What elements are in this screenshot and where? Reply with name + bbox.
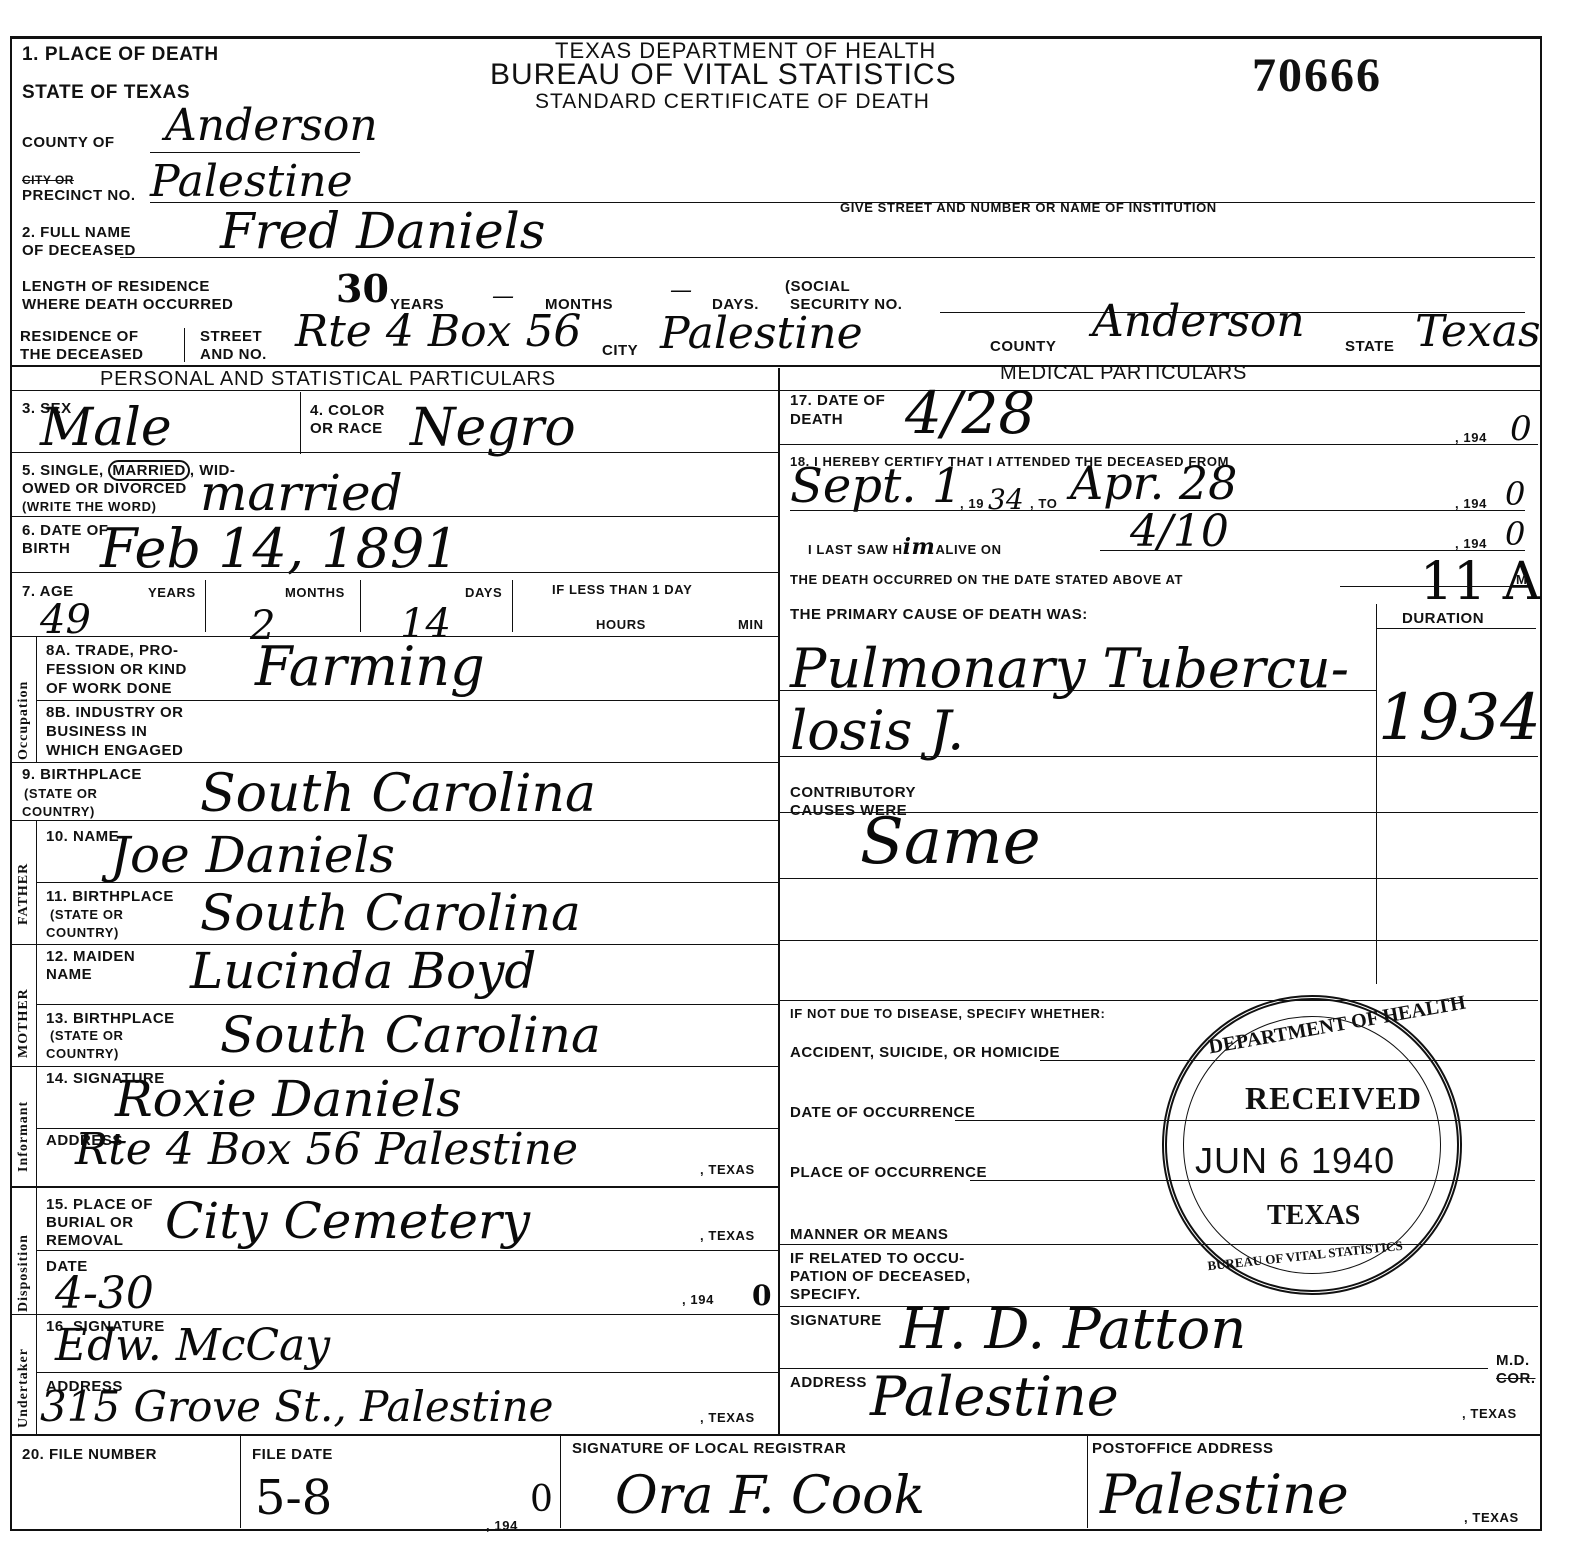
- line-after-death-date: [778, 444, 1538, 445]
- contributory-line-3: [778, 940, 1538, 941]
- precinct-label: PRECINCT NO.: [22, 187, 136, 204]
- to-label: , TO: [1030, 496, 1057, 511]
- birthplace-value: South Carolina: [200, 768, 596, 820]
- registrar-signature-value: Ora F. Cook: [615, 1470, 925, 1522]
- duration-value: 1934: [1378, 686, 1541, 750]
- mother-side-divider: [36, 944, 37, 1068]
- father-birthplace-label-2: (STATE OR: [50, 907, 124, 922]
- file-date-label: FILE DATE: [252, 1446, 333, 1463]
- footer-divider-3: [1087, 1436, 1088, 1528]
- footer-divider-2: [560, 1436, 561, 1528]
- residence-divider: [184, 328, 185, 362]
- physician-texas-label: , TEXAS: [1462, 1406, 1517, 1421]
- race-value: Negro: [410, 402, 576, 454]
- birth-date-value: Feb 14, 1891: [100, 522, 459, 576]
- to-year-digit: 0: [1505, 478, 1525, 510]
- physician-signature-label: SIGNATURE: [790, 1312, 882, 1329]
- hours-label: HOURS: [596, 617, 646, 632]
- postoffice-texas-label: , TEXAS: [1464, 1510, 1519, 1525]
- father-birthplace-value: South Carolina: [200, 888, 581, 938]
- sex-value: Male: [40, 402, 172, 454]
- physician-signature-value: H. D. Patton: [900, 1302, 1246, 1358]
- age-divider-1: [205, 580, 206, 632]
- industry-label-3: WHICH ENGAGED: [46, 742, 183, 759]
- deceased-name-value: Fred Daniels: [220, 206, 545, 256]
- attended-to-value: Apr. 28: [1070, 460, 1237, 506]
- physician-address-label: ADDRESS: [790, 1374, 867, 1391]
- marital-value: married: [200, 468, 403, 518]
- death-year-digit: 0: [1510, 412, 1532, 446]
- informant-side-label: Informant: [16, 1101, 32, 1172]
- ssn-label-1: (SOCIAL: [785, 278, 850, 295]
- city-label: CITY: [602, 342, 638, 359]
- county-value: Anderson: [165, 104, 378, 148]
- cause-line-1: [778, 690, 1376, 691]
- form-title: STANDARD CERTIFICATE OF DEATH: [535, 90, 930, 114]
- received-stamp: DEPARTMENT OF HEALTH RECEIVED JUN 6 1940…: [1162, 995, 1462, 1295]
- residence-street-value: Rte 4 Box 56: [295, 310, 581, 354]
- birth-date-label-1: 6. DATE OF: [22, 522, 108, 539]
- state-label-2: STATE: [1345, 338, 1394, 355]
- bureau-title: BUREAU OF VITAL STATISTICS: [490, 58, 957, 92]
- trade-label-3: OF WORK DONE: [46, 680, 172, 697]
- mother-birthplace-label-3: COUNTRY): [46, 1046, 119, 1061]
- line-after-informant: [10, 1186, 778, 1188]
- stamp-received: RECEIVED: [1245, 1080, 1422, 1117]
- married-circled: MARRIED: [108, 460, 190, 481]
- file-year-prefix: , 194: [486, 1518, 518, 1533]
- burial-label-1: 15. PLACE OF: [46, 1196, 153, 1213]
- contributory-label-1: CONTRIBUTORY: [790, 784, 916, 801]
- last-saw-him: im: [903, 534, 936, 560]
- informant-texas-label: , TEXAS: [700, 1162, 755, 1177]
- duration-header-line: [1376, 628, 1536, 629]
- occupation-side-label: Occupation: [16, 681, 32, 760]
- postoffice-value: Palestine: [1100, 1468, 1349, 1522]
- line-after-burial-date: [10, 1314, 778, 1315]
- occurrence-place-label: PLACE OF OCCURRENCE: [790, 1164, 987, 1181]
- line-after-industry: [10, 762, 778, 763]
- mother-side-label: MOTHER: [16, 988, 32, 1058]
- md-label: M.D.: [1496, 1352, 1530, 1369]
- residence-length-label-2: WHERE DEATH OCCURRED: [22, 296, 233, 313]
- postoffice-label: POSTOFFICE ADDRESS: [1092, 1440, 1274, 1457]
- not-disease-label: IF NOT DUE TO DISEASE, SPECIFY WHETHER:: [790, 1006, 1105, 1021]
- line-after-father-name: [36, 882, 778, 883]
- death-date-label-2: DEATH: [790, 411, 843, 428]
- certificate-number: 70666: [1252, 48, 1382, 103]
- residence-state-value: Texas: [1415, 310, 1541, 354]
- burial-label-3: REMOVAL: [46, 1232, 123, 1249]
- duration-label: DURATION: [1402, 610, 1484, 627]
- county-label: COUNTY OF: [22, 134, 115, 151]
- death-time-line: [1340, 586, 1510, 587]
- race-label-1: 4. COLOR: [310, 402, 385, 419]
- occurrence-date-label: DATE OF OCCURRENCE: [790, 1104, 975, 1121]
- father-name-value: Joe Daniels: [110, 830, 395, 880]
- undertaker-side-label: Undertaker: [16, 1348, 32, 1428]
- line-after-birth: [10, 572, 778, 573]
- center-divider: [778, 368, 780, 1436]
- cor-label: COR.: [1496, 1370, 1536, 1387]
- registrar-label: SIGNATURE OF LOCAL REGISTRAR: [572, 1440, 846, 1457]
- institution-hint: GIVE STREET AND NUMBER OR NAME OF INSTIT…: [840, 200, 1217, 215]
- stamp-state: TEXAS: [1267, 1200, 1360, 1232]
- occupation-side-divider: [36, 636, 37, 762]
- father-name-label: 10. NAME: [46, 828, 119, 845]
- manner-label: MANNER OR MEANS: [790, 1226, 948, 1243]
- mother-birthplace-label-2: (STATE OR: [50, 1028, 124, 1043]
- father-birthplace-label-3: COUNTRY): [46, 925, 119, 940]
- primary-cause-line1: Pulmonary Tubercu-: [790, 642, 1349, 696]
- father-birthplace-label-1: 11. BIRTHPLACE: [46, 888, 174, 905]
- trade-label-2: FESSION OR KIND: [46, 661, 187, 678]
- informant-side-divider: [36, 1066, 37, 1186]
- mother-name-value: Lucinda Boyd: [190, 946, 536, 996]
- file-year-digit: 0: [530, 1482, 553, 1518]
- residence-length-label-1: LENGTH OF RESIDENCE: [22, 278, 210, 295]
- residence-months-value: —: [492, 286, 514, 308]
- age-years-label: YEARS: [148, 585, 196, 600]
- occupation-related-label-3: SPECIFY.: [790, 1286, 861, 1303]
- contributory-value: Same: [860, 810, 1041, 874]
- mother-name-label-2: NAME: [46, 966, 92, 983]
- undertaker-address-value: 315 Grove St., Palestine: [40, 1386, 554, 1428]
- trade-label-1: 8A. TRADE, PRO-: [46, 642, 179, 659]
- mother-birthplace-value: South Carolina: [220, 1010, 601, 1060]
- line-after-burial: [36, 1250, 778, 1251]
- last-saw-label: I LAST SAW HimALIVE ON: [808, 536, 1002, 558]
- section-title-line: [10, 390, 1540, 391]
- last-saw-year-prefix: , 194: [1455, 536, 1487, 551]
- from-year-prefix: , 19: [960, 496, 984, 511]
- birth-date-label-2: BIRTH: [22, 540, 70, 557]
- min-label: MIN: [738, 617, 764, 632]
- disposition-side-divider: [36, 1188, 37, 1314]
- footer-divider-1: [240, 1436, 241, 1528]
- age-months-label: MONTHS: [285, 585, 345, 600]
- burial-texas-label: , TEXAS: [700, 1228, 755, 1243]
- burial-place-value: City Cemetery: [165, 1196, 530, 1246]
- cause-line-2: [778, 756, 1538, 757]
- birthplace-label-1: 9. BIRTHPLACE: [22, 766, 142, 783]
- father-side-label: FATHER: [16, 863, 32, 925]
- death-date-label-1: 17. DATE OF: [790, 392, 885, 409]
- death-year-prefix: , 194: [1455, 430, 1487, 445]
- industry-label-1: 8B. INDUSTRY OR: [46, 704, 184, 721]
- full-name-label-1: 2. FULL NAME: [22, 224, 131, 241]
- medical-section-title: MEDICAL PARTICULARS: [1000, 362, 1247, 385]
- line-after-birthplace: [10, 820, 778, 821]
- residence-label-2: THE DECEASED: [20, 346, 144, 363]
- county-line: [150, 152, 360, 153]
- street-label-1: STREET: [200, 328, 262, 345]
- file-number-label: 20. FILE NUMBER: [22, 1446, 157, 1463]
- line-after-sex: [10, 452, 778, 453]
- burial-date-value: 4-30: [55, 1272, 154, 1316]
- mother-name-label-1: 12. MAIDEN: [46, 948, 135, 965]
- burial-year-prefix: , 194: [682, 1292, 714, 1307]
- informant-signature-value: Roxie Daniels: [115, 1074, 462, 1124]
- trade-value: Farming: [255, 640, 485, 694]
- duration-divider: [1376, 604, 1377, 984]
- marital-label-2: OWED OR DIVORCED: [22, 480, 187, 497]
- residence-city-value: Palestine: [660, 312, 863, 356]
- line-after-mother: [10, 1066, 778, 1067]
- attended-from-value: Sept. 1: [790, 462, 962, 510]
- last-saw-line: [1100, 550, 1525, 551]
- file-date-value: 5-8: [255, 1474, 332, 1522]
- personal-section-title: PERSONAL AND STATISTICAL PARTICULARS: [100, 368, 556, 391]
- death-date-value: 4/28: [905, 384, 1035, 442]
- last-saw-year-digit: 0: [1505, 518, 1525, 550]
- primary-cause-label: THE PRIMARY CAUSE OF DEATH WAS:: [790, 606, 1088, 623]
- accident-label: ACCIDENT, SUICIDE, OR HOMICIDE: [790, 1044, 1060, 1061]
- residence-years-value: 30: [336, 270, 389, 308]
- mother-birthplace-label-1: 13. BIRTHPLACE: [46, 1010, 175, 1027]
- contributory-line-2: [778, 878, 1538, 879]
- line-after-trade: [36, 700, 778, 701]
- age-divider-3: [512, 580, 513, 632]
- age-years-value: 49: [40, 600, 91, 640]
- city-value: Palestine: [150, 160, 353, 204]
- stamp-date: JUN 6 1940: [1195, 1140, 1395, 1182]
- street-label-2: AND NO.: [200, 346, 267, 363]
- last-saw-value: 4/10: [1130, 510, 1229, 554]
- undertaker-texas-label: , TEXAS: [700, 1410, 755, 1425]
- less-than-day-label: IF LESS THAN 1 DAY: [552, 582, 692, 597]
- full-name-label-2: OF DECEASED: [22, 242, 136, 259]
- residence-days-value: —: [670, 280, 692, 302]
- physician-address-value: Palestine: [870, 1370, 1119, 1424]
- death-time-label: THE DEATH OCCURRED ON THE DATE STATED AB…: [790, 572, 1183, 587]
- residence-label-1: RESIDENCE OF: [20, 328, 139, 345]
- residence-county-value: Anderson: [1092, 300, 1305, 344]
- birthplace-label-2: (STATE OR: [24, 786, 98, 801]
- age-divider-2: [360, 580, 361, 632]
- disposition-side-label: Disposition: [16, 1234, 32, 1312]
- county-label-2: COUNTY: [990, 338, 1056, 355]
- burial-year-digit: 0: [752, 1282, 771, 1310]
- birthplace-label-3: COUNTRY): [22, 804, 95, 819]
- age-days-label: DAYS: [465, 585, 502, 600]
- line-after-mother-name: [36, 1004, 778, 1005]
- undertaker-side-divider: [36, 1314, 37, 1434]
- burial-label-2: BURIAL OR: [46, 1214, 134, 1231]
- sex-race-divider: [300, 392, 301, 454]
- informant-address-value: Rte 4 Box 56 Palestine: [75, 1128, 578, 1172]
- to-year-prefix: , 194: [1455, 496, 1487, 511]
- header-bottom-line: [10, 365, 1540, 367]
- marital-label-3: (WRITE THE WORD): [22, 499, 157, 514]
- race-label-2: OR RACE: [310, 420, 383, 437]
- place-of-death-label: 1. PLACE OF DEATH: [22, 44, 219, 66]
- primary-cause-line2: losis J.: [790, 704, 964, 758]
- occupation-related-label-1: IF RELATED TO OCCU-: [790, 1250, 965, 1267]
- death-time-suffix: M.: [1516, 572, 1532, 587]
- line-after-undertaker-sig: [36, 1372, 778, 1373]
- occupation-related-label-2: PATION OF DECEASED,: [790, 1268, 971, 1285]
- undertaker-signature-value: Edw. McCay: [55, 1324, 330, 1368]
- industry-label-2: BUSINESS IN: [46, 723, 147, 740]
